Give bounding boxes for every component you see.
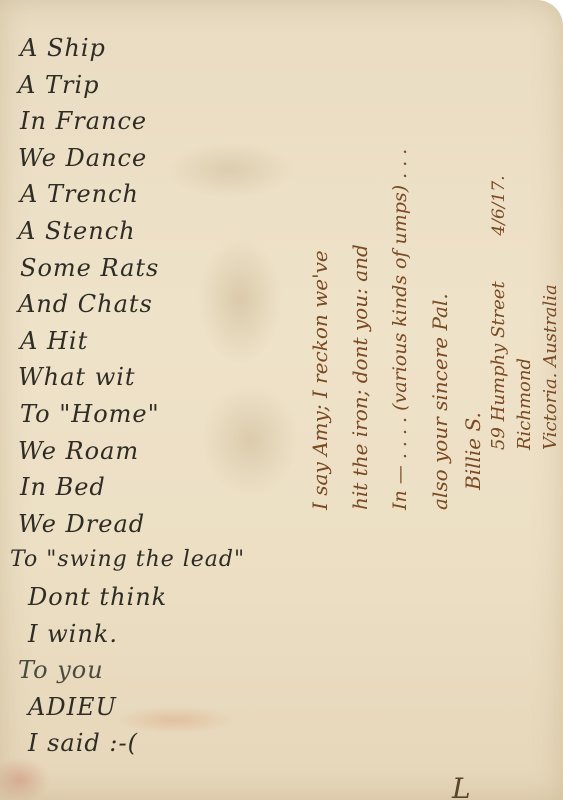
poem-line: To you (10, 652, 340, 689)
poem-line: I said :-( (10, 725, 340, 762)
poem-line: A Trip (10, 67, 340, 104)
poem-line: And Chats (10, 286, 340, 323)
poem-line: A Trench (10, 176, 340, 213)
poem-line: In France (10, 103, 340, 140)
poem-line: Dont think (10, 579, 340, 616)
poem-line: We Roam (10, 433, 340, 470)
address-suburb: Richmond (512, 0, 538, 510)
poem-line: ADIEU (10, 689, 340, 726)
note-line: also your sincere Pal. (420, 0, 460, 510)
poem-line: What wit (10, 359, 340, 396)
poem-line: Some Rats (10, 250, 340, 287)
note-line: In — . . . . (various kinds of umps) . .… (380, 0, 420, 510)
address-state-country: Victoria. Australia (538, 0, 563, 510)
poem-line: We Dance (10, 140, 340, 177)
signature: Billie S. (460, 0, 486, 510)
corner-mark: L (452, 772, 471, 800)
note-line: I say Amy; I reckon we've (300, 0, 340, 510)
rotated-note: I say Amy; I reckon we've hit the iron; … (300, 0, 563, 510)
poem: A Ship A Trip In France We Dance A Trenc… (10, 30, 340, 762)
postcard: A Ship A Trip In France We Dance A Trenc… (0, 0, 563, 800)
poem-line: I wink. (10, 616, 340, 653)
poem-line: To "swing the lead" (10, 542, 340, 579)
address-line1: 59 Humphy Street (488, 281, 509, 450)
poem-line: In Bed (10, 469, 340, 506)
poem-line: A Ship (10, 30, 340, 67)
poem-line: A Hit (10, 323, 340, 360)
note-line: hit the iron; dont you: and (340, 0, 380, 510)
poem-line: To "Home" (10, 396, 340, 433)
address-street: 59 Humphy Street 4/6/17. (486, 0, 512, 510)
date: 4/6/17. (489, 175, 509, 275)
poem-line: A Stench (10, 213, 340, 250)
poem-line: We Dread (10, 506, 340, 543)
